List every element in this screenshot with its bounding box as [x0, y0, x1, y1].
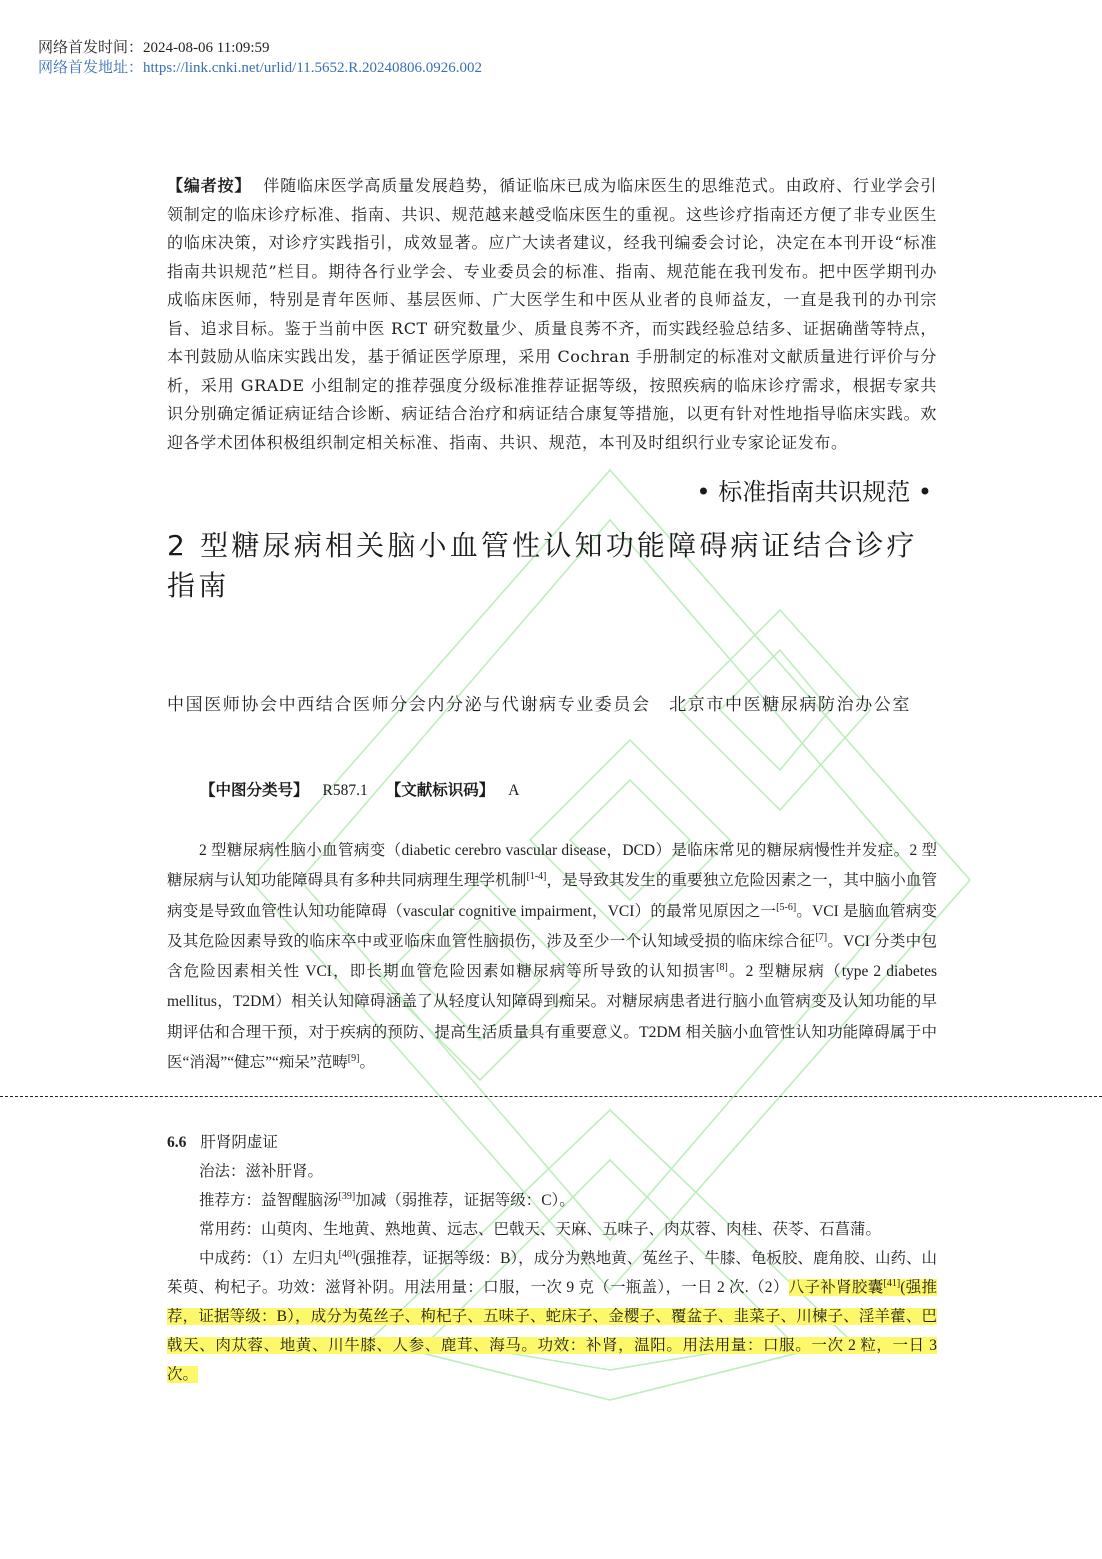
publish-address: 网络首发地址：https://link.cnki.net/urlid/11.56…: [38, 58, 482, 78]
citation[interactable]: [40]: [339, 1249, 356, 1260]
section-number: 6.6: [167, 1134, 186, 1151]
section-name: 肝肾阴虚证: [200, 1134, 278, 1151]
publish-time-label: 网络首发时间：: [38, 40, 143, 56]
editor-note-text: 伴随临床医学高质量发展趋势，循证临床已成为临床医生的思维范式。由政府、行业学会引…: [167, 176, 937, 452]
editor-note: 【编者按】伴随临床医学高质量发展趋势，循证临床已成为临床医生的思维范式。由政府、…: [167, 172, 937, 457]
citation[interactable]: [7]: [815, 932, 827, 943]
common-herbs: 常用药：山萸肉、生地黄、熟地黄、远志、巴戟天、天麻、五味子、肉苁蓉、肉桂、茯苓、…: [167, 1215, 937, 1244]
citation[interactable]: [5-6]: [776, 902, 796, 913]
editor-note-tag: 【编者按】: [167, 176, 251, 195]
intro-paragraph: 2 型糖尿病性脑小血管病变（diabetic cerebro vascular …: [167, 836, 937, 1078]
recommended-formula: 推荐方：益智醒脑汤[39]加减（弱推荐，证据等级：C）。: [167, 1186, 937, 1215]
classification: 【中图分类号】R587.1【文献标识码】A: [200, 778, 537, 800]
patent-medicines: 中成药：（1）左归丸[40](强推荐，证据等级：B），成分为熟地黄、菟丝子、牛膝…: [167, 1244, 937, 1389]
citation[interactable]: [1-4]: [526, 871, 546, 882]
citation[interactable]: [39]: [339, 1191, 356, 1202]
publish-address-label: 网络首发地址：: [38, 60, 143, 76]
page-break-divider: [0, 1096, 1102, 1097]
clc-value: R587.1: [323, 782, 368, 799]
publish-time-value: 2024-08-06 11:09:59: [143, 40, 270, 56]
patent-text: 八子补肾胶囊: [789, 1279, 884, 1296]
intro-text: 。: [359, 1054, 375, 1071]
patent-text: 中成药：（1）左归丸: [199, 1250, 339, 1267]
document-title: 2 型糖尿病相关脑小血管性认知功能障碍病证结合诊疗指南: [167, 524, 947, 604]
formula-text: 推荐方：益智醒脑汤: [199, 1192, 339, 1209]
doc-code-label: 【文献标识码】: [386, 781, 495, 799]
column-label: • 标准指南共识规范 •: [696, 472, 932, 507]
citation[interactable]: [41]: [884, 1278, 901, 1289]
doc-code-value: A: [508, 782, 519, 799]
authors: 中国医师协会中西结合医师分会内分泌与代谢病专业委员会 北京市中医糖尿病防治办公室: [167, 690, 937, 720]
treatment-method: 治法：滋补肝肾。: [167, 1157, 937, 1186]
formula-text: 加减（弱推荐，证据等级：C）。: [355, 1192, 575, 1209]
section-6-6: 6.6肝肾阴虚证 治法：滋补肝肾。 推荐方：益智醒脑汤[39]加减（弱推荐，证据…: [167, 1128, 937, 1389]
clc-label: 【中图分类号】: [200, 781, 309, 799]
citation[interactable]: [9]: [348, 1053, 360, 1064]
publication-info: 网络首发时间：2024-08-06 11:09:59 网络首发地址：https:…: [38, 38, 482, 78]
publish-time: 网络首发时间：2024-08-06 11:09:59: [38, 38, 482, 58]
citation[interactable]: [8]: [716, 962, 728, 973]
section-heading: 6.6肝肾阴虚证: [167, 1128, 937, 1157]
publish-address-link[interactable]: https://link.cnki.net/urlid/11.5652.R.20…: [143, 60, 482, 76]
